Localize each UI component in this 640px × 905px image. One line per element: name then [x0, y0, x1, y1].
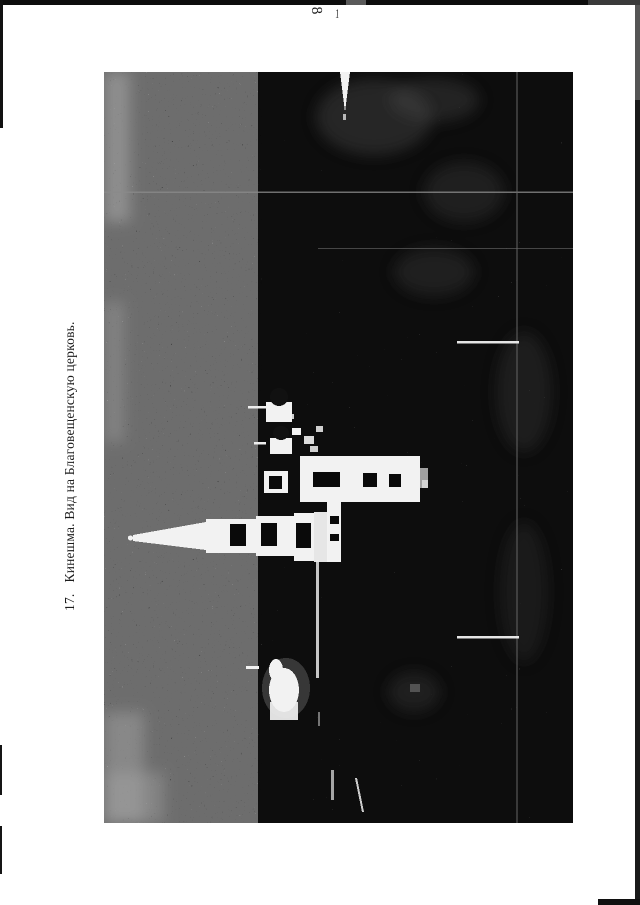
- page-number-digit-8: 8: [307, 6, 325, 15]
- scan-edge-top-highlight: [346, 0, 366, 5]
- page-number-digit-1: 1: [335, 6, 340, 22]
- scan-edge-left-mark-3: [0, 826, 2, 874]
- photo-kineshma-church: [104, 72, 573, 823]
- scan-edge-top: [0, 0, 640, 5]
- scan-edge-left-mark-2: [0, 745, 2, 795]
- scan-edge-top-highlight-2: [588, 0, 640, 5]
- scan-edge-left-mark-1: [0, 0, 3, 128]
- caption-text: Кинешма. Вид на Благовещенскую церковь.: [62, 321, 77, 582]
- page-number: 8 1: [312, 1, 320, 19]
- caption-index: 17.: [62, 594, 77, 611]
- photo-caption: 17.Кинешма. Вид на Благовещенскую церков…: [62, 283, 78, 611]
- photo-vertical-pole: [316, 560, 319, 678]
- caption-gap: [63, 583, 77, 594]
- scan-edge-right: [635, 5, 640, 905]
- scan-edge-right-highlight: [635, 5, 640, 100]
- scan-edge-bottom-mark: [598, 899, 640, 905]
- scanned-book-page: 8 1 17.Кинешма. Вид на Благовещенскую це…: [0, 0, 640, 905]
